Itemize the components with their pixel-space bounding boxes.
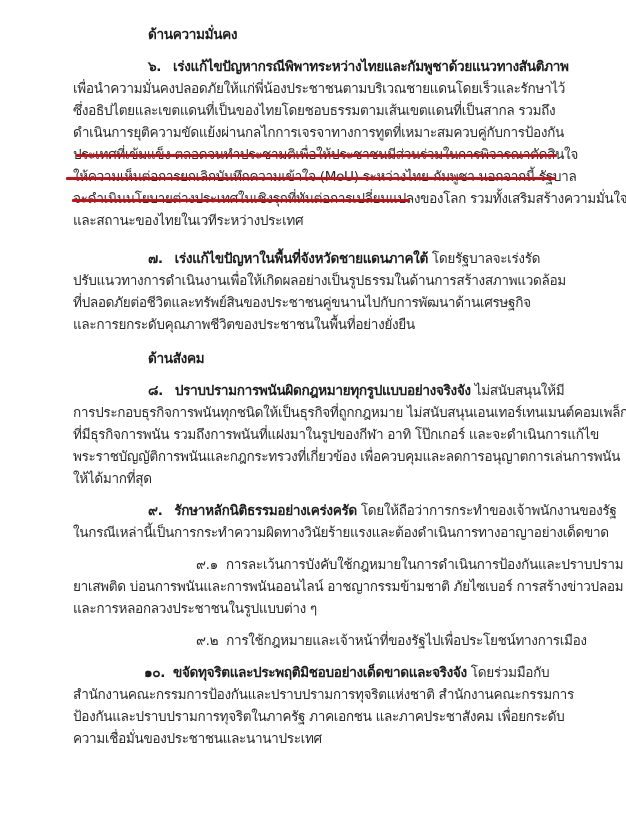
paragraph-line: เพื่อนำความมั่นคงปลอดภัยให้แก่พี่น้องประ… bbox=[73, 78, 593, 100]
sub-item-number: ๙.๑ bbox=[196, 557, 218, 573]
paragraph-line: ความเชื่อมั่นของประชาชนและนานาประเทศ bbox=[73, 728, 593, 750]
paragraph-line: ปรับแนวทางการดำเนินงานเพื่อให้เกิดผลอย่า… bbox=[73, 270, 593, 292]
item-number: ๑๐. bbox=[144, 662, 165, 684]
title-tail: โดยร่วมมือกับ bbox=[467, 665, 549, 681]
paragraph-line: พระราชบัญญัติการพนันและกฎกระทรวงที่เกี่ย… bbox=[73, 446, 593, 468]
item-9-1: ๙.๑ การละเว้นการบังคับใช้กฎหมายในการดำเน… bbox=[196, 554, 626, 576]
title-tail: ไม่สนับสนุนให้มี bbox=[471, 383, 565, 399]
item-number: ๘. bbox=[148, 380, 163, 402]
paragraph-line: ในกรณีเหล่านี้เป็นการกระทำความผิดทางวินั… bbox=[73, 522, 593, 544]
item-number: ๖. bbox=[148, 56, 161, 78]
red-underline-mark bbox=[76, 154, 557, 157]
red-underline-mark bbox=[72, 199, 410, 202]
item-9-2: ๙.๒ การใช้กฎหมายและเจ้าหน้าที่ของรัฐไปเพ… bbox=[196, 630, 626, 652]
item-6-heading: ๖. เร่งแก้ไขปัญหากรณีพิพาทระหว่างไทยและก… bbox=[148, 56, 626, 78]
title-tail: โดยให้ถือว่าการกระทำของเจ้าพนักงานของรัฐ bbox=[357, 503, 617, 519]
item-title: ขจัดทุจริตและประพฤติมิชอบอย่างเด็ดขาดและ… bbox=[173, 665, 467, 681]
sub-item-number: ๙.๒ bbox=[196, 633, 218, 649]
document-page: ด้านความมั่นคง ๖. เร่งแก้ไขปัญหากรณีพิพา… bbox=[0, 0, 626, 814]
item-title: เร่งแก้ไขปัญหากรณีพิพาทระหว่างไทยและกัมพ… bbox=[173, 59, 569, 75]
paragraph-line: ให้ได้มากที่สุด bbox=[73, 468, 593, 490]
item-number: ๙. bbox=[148, 500, 162, 522]
section-heading-social: ด้านสังคม bbox=[148, 348, 626, 370]
sub-item-text: การละเว้นการบังคับใช้กฎหมายในการดำเนินกา… bbox=[226, 557, 623, 573]
paragraph-line: การประกอบธุรกิจการพนันทุกชนิดให้เป็นธุรก… bbox=[73, 402, 593, 424]
paragraph-line: ซึ่งอธิปไตยและเขตแดนที่เป็นของไทยโดยชอบธ… bbox=[73, 100, 593, 122]
paragraph-line: ยาเสพติด บ่อนการพนันและการพนันออนไลน์ อา… bbox=[73, 576, 593, 598]
item-7-heading: ๗. เร่งแก้ไขปัญหาในพื้นที่จังหวัดชายแดนภ… bbox=[148, 248, 626, 270]
item-title: รักษาหลักนิติธรรมอย่างเคร่งครัด bbox=[174, 503, 357, 519]
item-title: ปราบปรามการพนันผิดกฎหมายทุกรูปแบบอย่างจร… bbox=[175, 383, 471, 399]
paragraph-line: ที่ปลอดภัยต่อชีวิตและทรัพย์สินของประชาชน… bbox=[73, 292, 593, 314]
paragraph-line: และการหลอกลวงประชาชนในรูปแบบต่าง ๆ bbox=[73, 598, 593, 620]
item-title: เร่งแก้ไขปัญหาในพื้นที่จังหวัดชายแดนภาคใ… bbox=[175, 251, 428, 267]
paragraph-line: และสถานะของไทยในเวทีระหว่างประเทศ bbox=[73, 210, 593, 232]
item-10-heading: ๑๐. ขจัดทุจริตและประพฤติมิชอบอย่างเด็ดขา… bbox=[144, 662, 626, 684]
title-tail: โดยรัฐบาลจะเร่งรัด bbox=[428, 251, 540, 267]
red-underline-mark bbox=[66, 177, 556, 180]
section-heading-security: ด้านความมั่นคง bbox=[148, 24, 626, 46]
sub-item-text: การใช้กฎหมายและเจ้าหน้าที่ของรัฐไปเพื่อป… bbox=[226, 633, 587, 649]
item-9-heading: ๙. รักษาหลักนิติธรรมอย่างเคร่งครัด โดยให… bbox=[148, 500, 626, 522]
item-number: ๗. bbox=[148, 248, 163, 270]
paragraph-line: ป้องกันและปราบปรามการทุจริตในภาครัฐ ภาคเ… bbox=[73, 706, 593, 728]
item-8-heading: ๘. ปราบปรามการพนันผิดกฎหมายทุกรูปแบบอย่า… bbox=[148, 380, 626, 402]
paragraph-line: สำนักงานคณะกรรมการป้องกันและปราบปรามการท… bbox=[73, 684, 593, 706]
paragraph-line-underlined: ดำเนินการยุติความขัดแย้งผ่านกลไกการเจรจา… bbox=[73, 122, 593, 144]
paragraph-line: ที่มีธุรกิจการพนัน รวมถึงการพนันที่แฝงมา… bbox=[73, 424, 593, 446]
paragraph-line: และการยกระดับคุณภาพชีวิตของประชาชนในพื้น… bbox=[73, 314, 593, 336]
